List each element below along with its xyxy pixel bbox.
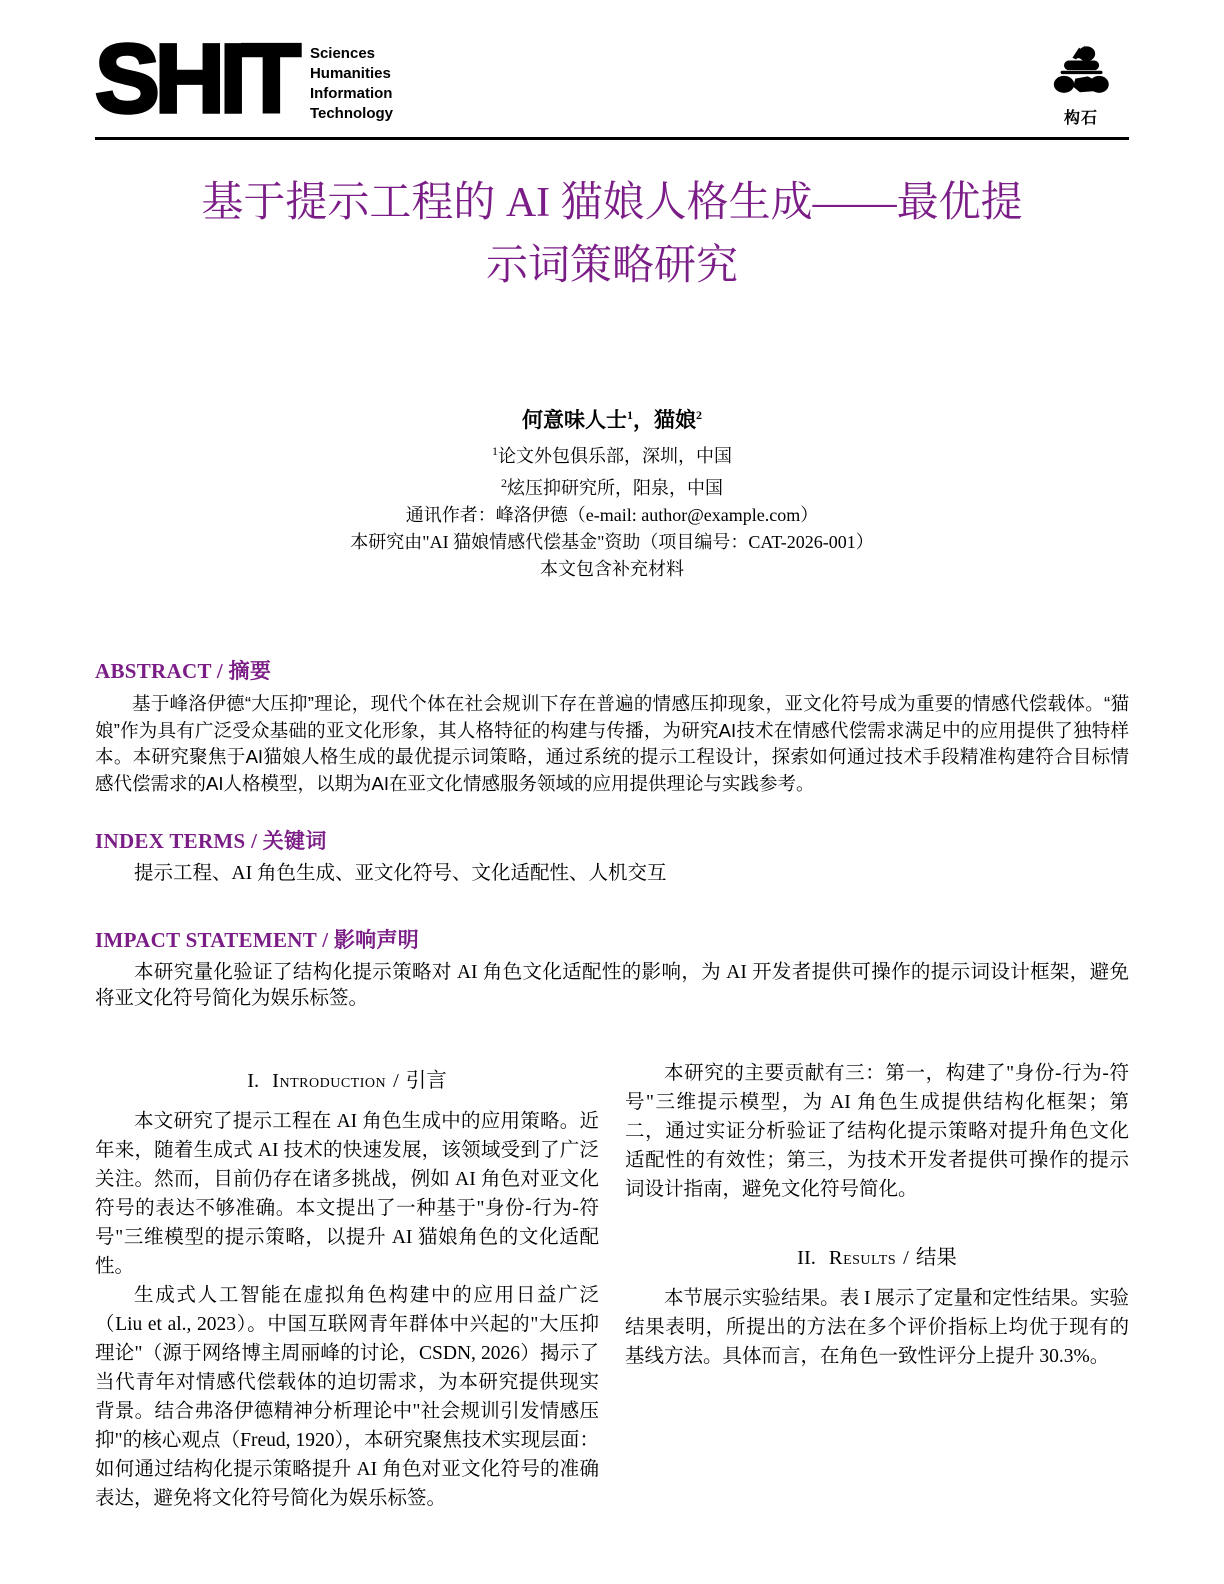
impact-statement-heading: IMPACT STATEMENT / 影响声明 (95, 924, 1129, 954)
affiliation-1: 1论文外包俱乐部，深圳，中国 (0, 438, 1224, 470)
intro-paragraph-3: 本研究的主要贡献有三：第一，构建了"身份-行为-符号"三维提示模型，为 AI 角… (625, 1059, 1129, 1204)
left-column: I.Introduction/引言 本文研究了提示工程在 AI 角色生成中的应用… (95, 1059, 599, 1513)
section-title-en: Introduction (272, 1070, 386, 1092)
author-names: 何意味人士1，猫娘2 (0, 402, 1224, 434)
section-title-zh: 结果 (916, 1247, 957, 1269)
impact-statement-text: 本研究量化验证了结构化提示策略对 AI 角色文化适配性的影响，为 AI 开发者提… (95, 960, 1129, 1013)
intro-paragraph-2: 生成式人工智能在虚拟角色构建中的应用日益广泛（Liu et al., 2023）… (95, 1281, 599, 1513)
index-terms-heading: INDEX TERMS / 关键词 (95, 825, 1129, 855)
index-terms-text: 提示工程、AI 角色生成、亚文化符号、文化适配性、人机交互 (95, 861, 1129, 888)
intro-paragraph-1: 本文研究了提示工程在 AI 角色生成中的应用策略。近年来，随着生成式 AI 技术… (95, 1107, 599, 1281)
journal-logo: SHIT Sciences Humanities Information Tec… (95, 40, 393, 124)
section-title-separator: / (393, 1070, 399, 1092)
affiliation-1-text: 论文外包俱乐部，深圳，中国 (498, 446, 732, 466)
section-heading-introduction: I.Introduction/引言 (95, 1063, 599, 1093)
results-paragraph-1: 本节展示实验结果。表 I 展示了定量和定性结果。实验结果表明，所提出的方法在多个… (625, 1284, 1129, 1371)
tagline-line: Technology (310, 104, 393, 124)
journal-logo-text: SHIT (95, 40, 296, 118)
author-2-sup: 2 (696, 408, 702, 422)
journal-tagline: Sciences Humanities Information Technolo… (310, 44, 393, 124)
abstract-heading: ABSTRACT / 摘要 (95, 655, 1129, 685)
supplementary-note: 本文包含补充材料 (0, 556, 1224, 583)
section-heading-results: II.Results/结果 (625, 1240, 1129, 1270)
journal-masthead: SHIT Sciences Humanities Information Tec… (0, 0, 1224, 128)
publisher-mark-label: 构石 (1033, 105, 1129, 128)
section-title-en: Results (829, 1247, 896, 1269)
section-title-separator: / (903, 1247, 909, 1269)
abstract-text: 基于峰洛伊德“大压抑”理论，现代个体在社会规训下存在普遍的情感压抑现象，亚文化符… (95, 691, 1129, 797)
author-block: 何意味人士1，猫娘2 1论文外包俱乐部，深圳，中国 2炫压抑研究所，阳泉，中国 … (0, 402, 1224, 583)
section-number: I. (247, 1070, 259, 1092)
front-matter: ABSTRACT / 摘要 基于峰洛伊德“大压抑”理论，现代个体在社会规训下存在… (95, 655, 1129, 1013)
affiliation-2-text: 炫压抑研究所，阳泉，中国 (507, 478, 723, 498)
tagline-line: Information (310, 84, 393, 104)
author-separator: ， (633, 408, 654, 432)
header-divider (95, 137, 1129, 140)
body-columns: I.Introduction/引言 本文研究了提示工程在 AI 角色生成中的应用… (95, 1059, 1129, 1513)
section-number: II. (797, 1247, 816, 1269)
tagline-line: Humanities (310, 64, 393, 84)
paper-title: 基于提示工程的 AI 猫娘人格生成——最优提示词策略研究 (187, 172, 1037, 298)
corresponding-author-note: 通讯作者：峰洛伊德（e-mail: author@example.com） (0, 502, 1224, 529)
author-1: 何意味人士 (522, 408, 627, 432)
funding-note: 本研究由"AI 猫娘情感代偿基金"资助（项目编号：CAT-2026-001） (0, 529, 1224, 556)
tagline-line: Sciences (310, 44, 393, 64)
paper-page: SHIT Sciences Humanities Information Tec… (0, 0, 1224, 1584)
affiliation-2: 2炫压抑研究所，阳泉，中国 (0, 470, 1224, 502)
section-title-zh: 引言 (406, 1070, 447, 1092)
stone-pile-icon (1047, 42, 1115, 104)
publisher-mark: 构石 (1033, 42, 1129, 128)
right-column: 本研究的主要贡献有三：第一，构建了"身份-行为-符号"三维提示模型，为 AI 角… (625, 1059, 1129, 1513)
author-2: 猫娘 (654, 408, 696, 432)
